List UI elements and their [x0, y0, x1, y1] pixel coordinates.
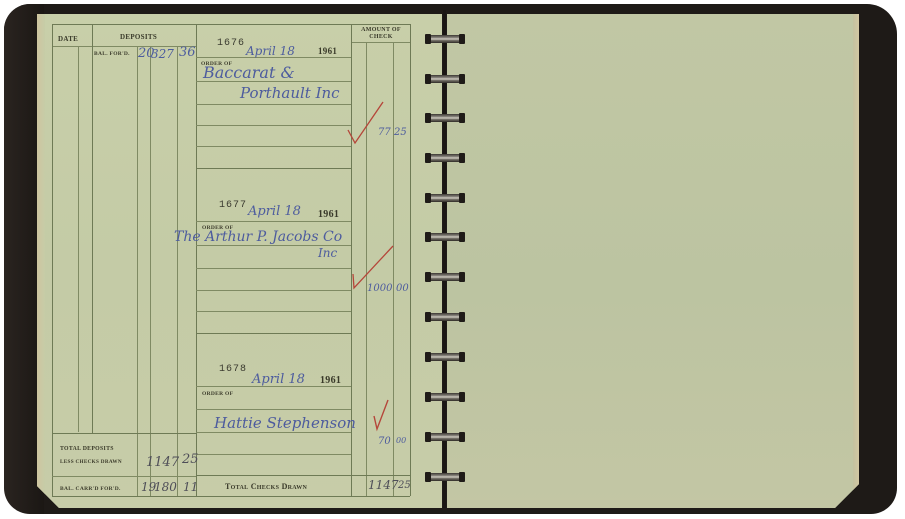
check-amount-dollars: 77 — [378, 127, 391, 138]
check1-bottom-rule — [196, 168, 351, 169]
spiral-ring-icon — [425, 392, 465, 402]
spiral-ring-icon — [425, 193, 465, 203]
check-amount-dollars: 70 — [378, 436, 391, 447]
check2-rule — [196, 311, 351, 312]
bal-forward-label: BAL. FOR'D. — [94, 51, 130, 57]
check-date: April 18 — [252, 372, 305, 387]
check-amount-dollars: 1000 — [367, 283, 392, 294]
spiral-ring-icon — [425, 153, 465, 163]
grid-date-col-a — [78, 46, 79, 432]
check-amount-cents: 00 — [396, 436, 406, 445]
deposits-header: DEPOSITS — [120, 33, 157, 41]
check3-rule — [196, 454, 351, 455]
check-number: 1677 — [219, 200, 247, 211]
check3-rule — [196, 409, 351, 410]
check-payee-line1: The Arthur P. Jacobs Co — [174, 229, 342, 245]
order-of-label: ORDER OF — [202, 391, 233, 397]
check2-rule — [196, 268, 351, 269]
grid-date-col-b — [92, 24, 93, 434]
total-checks-drawn-label: Total Checks Drawn — [225, 482, 307, 491]
checkmark-icon — [345, 100, 385, 145]
less-checks-drawn-label: LESS CHECKS DRAWN — [60, 459, 122, 465]
totals-top-rule — [52, 433, 196, 434]
check-number: 1678 — [219, 364, 247, 375]
spiral-ring-icon — [425, 74, 465, 84]
bal-carried-hundreds: 180 — [154, 480, 177, 494]
total-checks-rule — [196, 475, 410, 476]
grid-deposit-right-rule — [196, 24, 197, 496]
check-year: 1961 — [320, 375, 341, 386]
check2-bottom-rule — [196, 333, 351, 334]
spiral-ring-icon — [425, 272, 465, 282]
grid-deposit-col-b — [150, 46, 151, 496]
check3-rule — [196, 432, 351, 433]
spiral-ring-icon — [425, 113, 465, 123]
total-deposits-label: TOTAL DEPOSITS — [60, 446, 114, 452]
grid-amount-header-rule — [351, 42, 410, 43]
check1-rule — [196, 104, 351, 105]
check-date: April 18 — [248, 204, 301, 219]
grid-bottom-rule — [52, 496, 410, 497]
checkmark-icon — [372, 398, 390, 432]
check-number: 1676 — [217, 38, 245, 49]
grid-left-rule — [52, 24, 53, 496]
check-payee-line2: Porthault Inc — [240, 84, 340, 102]
blank-page-right — [447, 14, 859, 508]
spiral-ring-icon — [425, 472, 465, 482]
spiral-ring-icon — [425, 352, 465, 362]
check-amount-cents: 25 — [394, 127, 407, 138]
total-checks-dollars: 1147 — [368, 478, 399, 492]
grid-header-rule — [52, 46, 196, 47]
check1-rule — [196, 125, 351, 126]
less-checks-cents: 25 — [182, 452, 199, 467]
total-checks-cents: 25 — [398, 480, 411, 491]
bal-forward-hundreds: 327 — [151, 47, 174, 61]
amount-of-check-header: AMOUNT OF CHECK — [358, 27, 404, 41]
grid-deposit-col-c — [177, 46, 178, 496]
check-payee-line1: Baccarat & — [203, 63, 295, 82]
check-year: 1961 — [318, 46, 337, 56]
grid-deposit-col-a — [137, 46, 138, 496]
spiral-ring-icon — [425, 312, 465, 322]
bal-carried-forward-label: BAL. CARR'D FOR'D. — [60, 486, 121, 492]
spiral-ring-icon — [425, 432, 465, 442]
check-date: April 18 — [246, 44, 295, 58]
spiral-ring-icon — [425, 232, 465, 242]
totals-mid-rule — [52, 476, 196, 477]
check-year: 1961 — [318, 209, 339, 220]
less-checks-dollars: 1147 — [146, 455, 179, 470]
check1-rule — [196, 146, 351, 147]
bal-forward-cents: 36 — [179, 45, 196, 60]
grid-right-rule — [410, 24, 411, 496]
check-amount-cents: 00 — [396, 283, 409, 294]
check-payee-line2: Inc — [318, 246, 337, 260]
grid-top-rule — [52, 24, 410, 25]
spiral-ring-icon — [425, 34, 465, 44]
bal-carried-cents: 11 — [183, 480, 198, 494]
date-header: DATE — [58, 35, 78, 43]
check2-rule — [196, 290, 351, 291]
check2-date-rule — [196, 221, 351, 222]
check-payee-line1: Hattie Stephenson — [214, 414, 356, 432]
